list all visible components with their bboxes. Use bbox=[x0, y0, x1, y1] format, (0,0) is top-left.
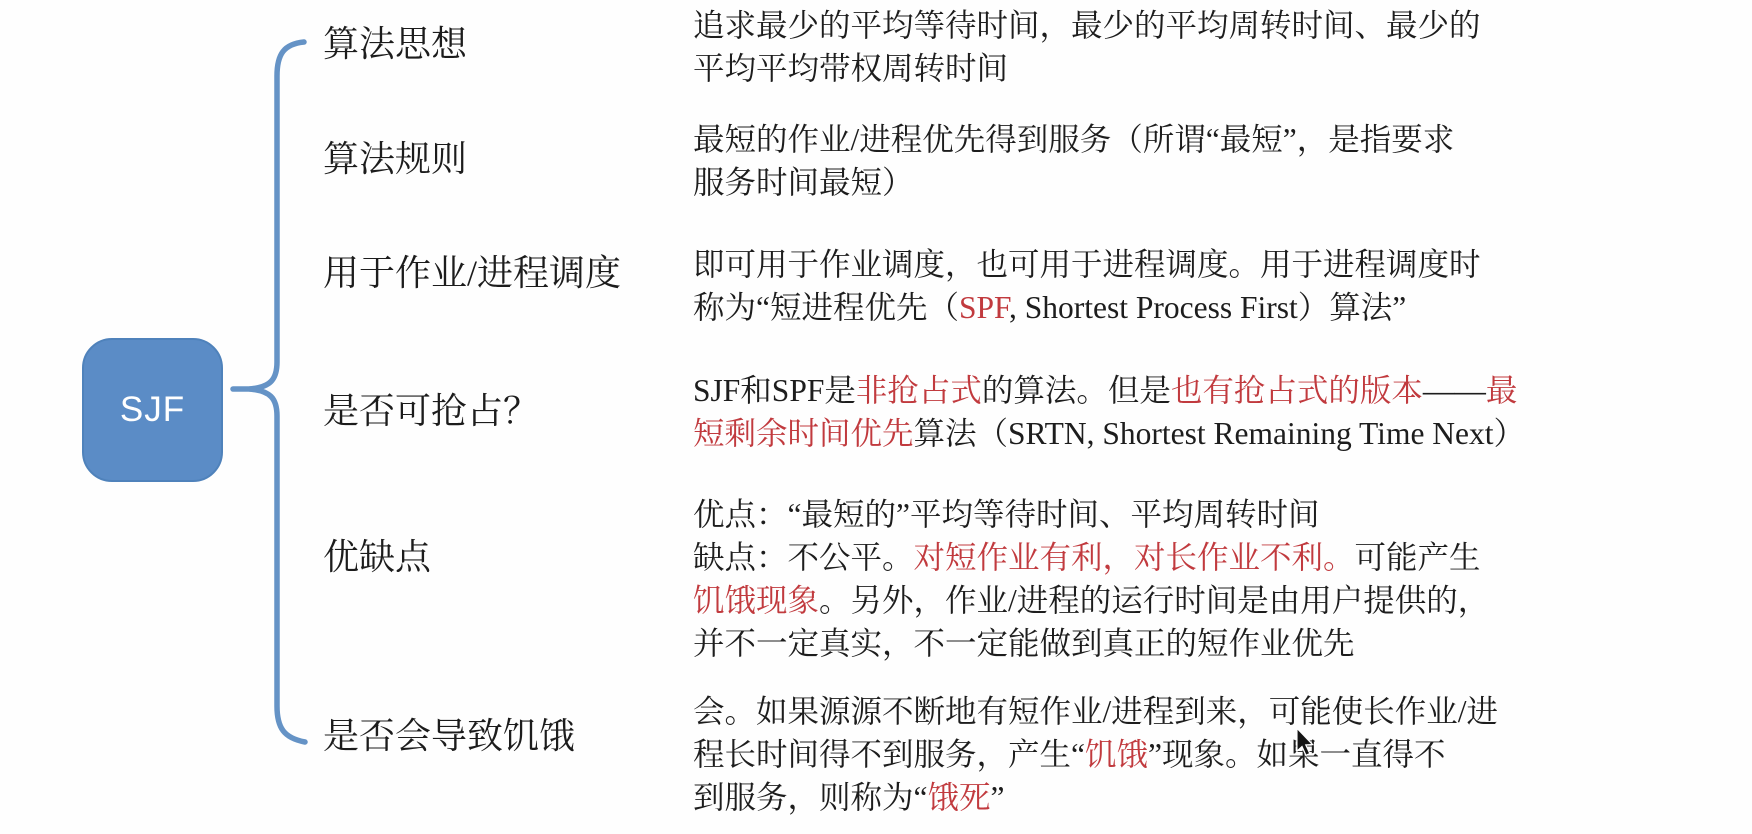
text-segment: 并不一定真实，不一定能做到真正的短作业优先 bbox=[693, 626, 1355, 661]
branch-content-2-line-1: 称为“短进程优先（SPF, Shortest Process First）算法” bbox=[693, 286, 1481, 329]
text-segment: 非抢占式 bbox=[856, 373, 982, 408]
branch-label-0: 算法思想 bbox=[323, 24, 467, 64]
text-segment: 饥饿 bbox=[1085, 737, 1148, 772]
mouse-cursor-icon bbox=[1293, 727, 1317, 757]
branch-content-5-line-0: 会。如果源源不断地有短作业/进程到来，可能使长作业/进 bbox=[693, 690, 1498, 733]
branch-label-4: 优缺点 bbox=[323, 537, 431, 577]
text-segment: 平均平均带权周转时间 bbox=[693, 51, 1008, 86]
text-segment: SPF bbox=[959, 290, 1009, 325]
sjf-mindmap-slide: SJF 算法思想算法规则用于作业/进程调度是否可抢占？优缺点是否会导致饥饿 追求… bbox=[0, 0, 1752, 834]
text-segment: 会。如果源源不断地有短作业/进程到来，可能使长作业/进 bbox=[693, 694, 1498, 729]
text-segment: 的算法。但是 bbox=[982, 373, 1171, 408]
text-segment: —— bbox=[1423, 373, 1486, 408]
branch-label-1: 算法规则 bbox=[323, 139, 467, 179]
branch-content-3-line-1: 短剩余时间优先算法（SRTN, Shortest Remaining Time … bbox=[693, 412, 1525, 455]
text-segment: 服务时间最短） bbox=[693, 165, 914, 200]
text-segment: 。另外，作业/进程的运行时间是由用户提供的， bbox=[819, 583, 1489, 618]
text-segment: 可能产生 bbox=[1355, 540, 1481, 575]
text-segment: 优点：“最短的”平均等待时间、平均周转时间 bbox=[693, 497, 1319, 532]
branch-content-5-line-2: 到服务，则称为“饿死” bbox=[693, 776, 1498, 819]
text-segment: 程长时间得不到服务，产生“ bbox=[693, 737, 1085, 772]
branch-label-3: 是否可抢占？ bbox=[323, 391, 539, 431]
sjf-root-label: SJF bbox=[120, 390, 185, 430]
branch-content-1-line-1: 服务时间最短） bbox=[693, 161, 1454, 204]
branch-content-0-line-0: 追求最少的平均等待时间，最少的平均周转时间、最少的 bbox=[693, 4, 1481, 47]
text-segment: SJF和SPF是 bbox=[693, 373, 856, 408]
branch-label-5: 是否会导致饥饿 bbox=[323, 716, 575, 756]
branch-content-0-line-1: 平均平均带权周转时间 bbox=[693, 47, 1481, 90]
branch-content-3-line-0: SJF和SPF是非抢占式的算法。但是也有抢占式的版本——最 bbox=[693, 369, 1525, 412]
curly-brace bbox=[250, 42, 305, 742]
text-segment: , Shortest Process First）算法” bbox=[1009, 290, 1406, 325]
branch-content-5-line-1: 程长时间得不到服务，产生“饥饿”现象。如果一直得不 bbox=[693, 733, 1498, 776]
branch-content-1-line-0: 最短的作业/进程优先得到服务（所谓“最短”，是指要求 bbox=[693, 118, 1454, 161]
branch-content-1: 最短的作业/进程优先得到服务（所谓“最短”，是指要求服务时间最短） bbox=[693, 118, 1454, 204]
sjf-root-node: SJF bbox=[82, 338, 223, 482]
text-segment: 缺点：不公平。 bbox=[693, 540, 914, 575]
branch-content-4-line-2: 饥饿现象。另外，作业/进程的运行时间是由用户提供的， bbox=[693, 579, 1489, 622]
branch-label-2: 用于作业/进程调度 bbox=[323, 253, 621, 293]
text-segment: 到服务，则称为“ bbox=[693, 780, 927, 815]
branch-content-2: 即可用于作业调度，也可用于进程调度。用于进程调度时称为“短进程优先（SPF, S… bbox=[693, 243, 1481, 329]
text-segment: 算法（SRTN, Shortest Remaining Time Next） bbox=[914, 416, 1526, 451]
text-segment: 最 bbox=[1486, 373, 1518, 408]
text-segment: 饥饿现象 bbox=[693, 583, 819, 618]
text-segment: 称为“短进程优先（ bbox=[693, 290, 959, 325]
text-segment: 也有抢占式的版本 bbox=[1171, 373, 1423, 408]
branch-content-0: 追求最少的平均等待时间，最少的平均周转时间、最少的平均平均带权周转时间 bbox=[693, 4, 1481, 90]
text-segment: 即可用于作业调度，也可用于进程调度。用于进程调度时 bbox=[693, 247, 1481, 282]
branch-content-4-line-3: 并不一定真实，不一定能做到真正的短作业优先 bbox=[693, 622, 1489, 665]
text-segment: 最短的作业/进程优先得到服务（所谓“最短”，是指要求 bbox=[693, 122, 1454, 157]
text-segment: 对短作业有利，对长作业不利。 bbox=[914, 540, 1355, 575]
text-segment: ” bbox=[991, 780, 1005, 815]
branch-content-3: SJF和SPF是非抢占式的算法。但是也有抢占式的版本——最短剩余时间优先算法（S… bbox=[693, 369, 1525, 455]
text-segment: 饿死 bbox=[927, 780, 990, 815]
branch-content-5: 会。如果源源不断地有短作业/进程到来，可能使长作业/进程长时间得不到服务，产生“… bbox=[693, 690, 1498, 819]
text-segment: 短剩余时间优先 bbox=[693, 416, 914, 451]
branch-content-4: 优点：“最短的”平均等待时间、平均周转时间缺点：不公平。对短作业有利，对长作业不… bbox=[693, 493, 1489, 665]
text-segment: 追求最少的平均等待时间，最少的平均周转时间、最少的 bbox=[693, 8, 1481, 43]
branch-content-4-line-0: 优点：“最短的”平均等待时间、平均周转时间 bbox=[693, 493, 1489, 536]
branch-content-4-line-1: 缺点：不公平。对短作业有利，对长作业不利。可能产生 bbox=[693, 536, 1489, 579]
branch-content-2-line-0: 即可用于作业调度，也可用于进程调度。用于进程调度时 bbox=[693, 243, 1481, 286]
